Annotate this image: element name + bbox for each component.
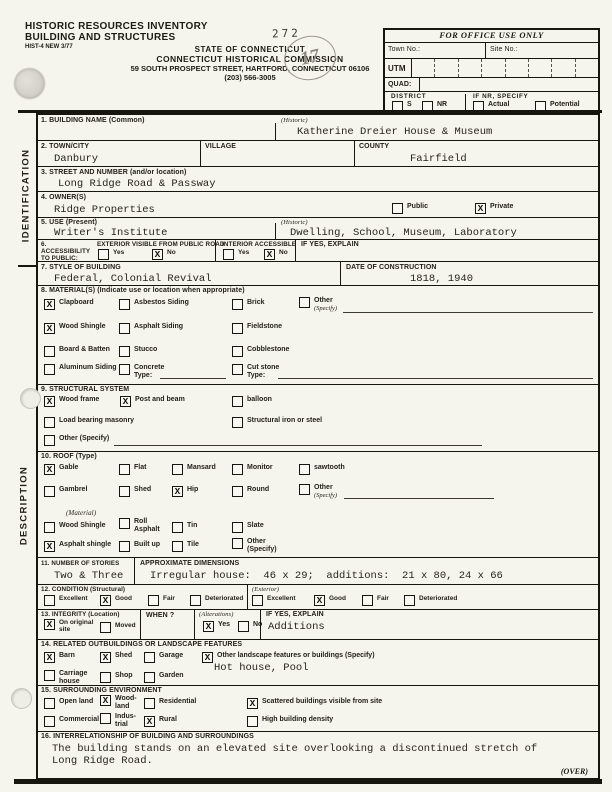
checkbox-rural-box: X [144,716,155,727]
checkbox-garage-box [144,652,155,663]
checkbox-exterior-excellent-box [252,595,263,606]
checkbox-exterior-no-label: No [167,249,176,256]
checkbox-wood-frame: XWood frame [44,396,99,407]
section-10-label: 10. ROOF (Type) [41,453,97,460]
checkbox-exterior-excellent: Excellent [252,595,296,606]
checkbox-garden: Garden [144,672,184,683]
checkbox-shed-roof-label: Shed [134,486,151,494]
fill-line [114,445,482,446]
divider [247,585,248,610]
section-9-label: 9. STRUCTURAL SYSTEM [41,386,129,393]
alterations-label: (Alterations) [199,611,234,618]
checkbox-barn-box: X [44,652,55,663]
checkbox-scattered-buildings-box: X [247,698,258,709]
punch-hole [20,388,41,409]
section-7-style: 7. STYLE OF BUILDING Federal, Colonial R… [38,262,598,286]
checkbox-sawtooth-box [299,464,310,475]
checkbox-structural-excellent-box [44,595,55,606]
checkbox-on-original-site-label: On original site [59,619,101,633]
checkbox-structural-other: Other (Specify) [44,435,109,446]
site-no-label: Site No.: [490,46,518,53]
checkbox-scattered-buildings: XScattered buildings visible from site [247,698,382,709]
checkbox-roll-asphalt-label: Roll Asphalt [134,518,168,533]
street-value: Long Ridge Road & Passway [58,178,216,190]
checkbox-shed-roof-box [119,486,130,497]
approximate-dimensions-label: APPROXIMATE DIMENSIONS [140,560,239,567]
if-nr-specify-label: IF NR, SPECIFY [473,93,528,100]
checkbox-built-up-label: Built up [134,541,160,549]
town-no-label: Town No.: [388,46,420,53]
checkbox-round-box [232,486,243,497]
checkbox-industrial: Indus-trial [100,713,143,728]
checkbox-shed-label: Shed [115,652,132,660]
checkbox-structural-excellent-label: Excellent [59,595,88,602]
checkbox-on-original-site: XOn original site [44,619,101,633]
checkbox-commercial: Commercial [44,716,99,727]
owner-value: Ridge Properties [54,204,155,216]
checkbox-exterior-excellent-label: Excellent [267,595,296,602]
checkbox-cut-stone-label: Cut stone [247,364,279,371]
checkbox-commercial-box [44,716,55,727]
checkbox-exterior-fair: Fair [362,595,389,606]
roof-other-specify-label: (Specify) [314,492,337,499]
checkbox-built-up: Built up [119,541,160,552]
checkbox-exterior-fair-label: Fair [377,595,389,602]
office-town-site-row: Town No.: Site No.: [385,43,598,59]
divider [215,240,216,262]
checkbox-public: Public [392,203,428,214]
date-of-construction-value: 1818, 1940 [410,273,473,285]
utm-cell [458,59,481,77]
checkbox-structural-iron-steel: Structural iron or steel [232,417,322,428]
quad-label: QUAD: [388,81,411,88]
divider [340,262,341,286]
divider [134,558,135,585]
checkbox-clapboard-label: Clapboard [59,299,94,307]
checkbox-woodland-box: X [100,695,111,706]
checkbox-alterations-yes: XYes [203,621,230,632]
checkbox-roof-wood-shingle-label: Wood Shingle [59,522,106,530]
roof-other-label: Other [314,484,333,491]
checkbox-barn-label: Barn [59,652,75,660]
checkbox-private: XPrivate [475,203,513,214]
checkbox-other-landscape-features-label: Other landscape features or buildings (S… [217,652,375,660]
checkbox-roof-other-box [299,484,310,495]
checkbox-interior-no: XNo [264,249,288,260]
fill-line [344,498,494,499]
checkbox-moved-label: Moved [115,622,136,629]
checkbox-stucco: Stucco [119,346,157,357]
divider [275,123,276,141]
section-3-street: 3. STREET AND NUMBER (and/or location) L… [38,167,598,192]
checkbox-asbestos-siding: Asbestos Siding [119,299,189,310]
approximate-dimensions-value: Irregular house: 46 x 29; additions: 21 … [150,570,503,582]
utm-cell [434,59,457,77]
checkbox-material-other-box [299,297,310,308]
checkbox-structural-good-box: X [100,595,111,606]
checkbox-asphalt-siding: Asphalt Siding [119,323,183,334]
integrity-explain-value: Additions [268,621,325,633]
checkbox-wood-shingle: XWood Shingle [44,323,106,334]
checkbox-residential: Residential [144,698,196,709]
checkbox-potential-label: Potential [550,101,580,109]
checkbox-open-land-label: Open land [59,698,93,706]
section-6-accessibility: 6. ACCESSIBILITY TO PUBLIC: EXTERIOR VIS… [38,240,598,262]
divider [485,43,486,59]
section-7-label: 7. STYLE OF BUILDING [41,264,121,271]
section-6-label: 6. ACCESSIBILITY TO PUBLIC: [41,241,95,263]
checkbox-gambrel-label: Gambrel [59,486,87,494]
checkbox-moved-box [100,622,111,633]
checkbox-stucco-box [119,346,130,357]
utm-cell [481,59,504,77]
if-yes-explain-label: IF YES, EXPLAIN [301,241,359,248]
state-seal-icon [14,68,45,99]
checkbox-shed-box: X [100,652,111,663]
over-label: (OVER) [561,767,588,776]
cut-stone-type-label: Type: [247,372,265,379]
checkbox-on-original-site-box: X [44,619,55,630]
checkbox-brick-box [232,299,243,310]
checkbox-shop: Shop [100,672,133,683]
checkbox-cobblestone: Cobblestone [232,346,289,357]
checkbox-structural-iron-steel-box [232,417,243,428]
checkbox-wood-shingle-label: Wood Shingle [59,323,106,331]
checkbox-exterior-no-box: X [152,249,163,260]
checkbox-exterior-good: XGood [314,595,346,606]
checkbox-asbestos-siding-box [119,299,130,310]
checkbox-residential-label: Residential [159,698,196,706]
checkbox-tin-label: Tin [187,522,197,530]
interrelationship-text: The building stands on an elevated site … [52,743,537,767]
section-3-label: 3. STREET AND NUMBER (and/or location) [41,169,187,176]
condition-exterior-label: (Exterior) [252,586,279,593]
agency-line4: (203) 566-3005 [100,73,400,82]
checkbox-wood-frame-box: X [44,396,55,407]
checkbox-board-batten-box [44,346,55,357]
checkbox-exterior-deteriorated: Deteriorated [404,595,457,606]
checkbox-roof-material-other-label: Other (Specify) [247,538,293,553]
section-15-label: 15. SURROUNDING ENVIRONMENT [41,687,162,694]
checkbox-balloon: balloon [232,396,272,407]
office-box-title: FOR OFFICE USE ONLY [385,30,598,43]
present-use-value: Writer's Institute [54,227,167,239]
checkbox-mansard: Mansard [172,464,216,475]
checkbox-clapboard: XClapboard [44,299,94,310]
for-office-use-only-box: FOR OFFICE USE ONLY Town No.: Site No.: … [383,28,600,113]
checkbox-roof-other: Other(Specify) [299,484,337,499]
checkbox-structural-deteriorated-box [190,595,201,606]
section-12-condition: 12. CONDITION (Structural) Excellent XGo… [38,585,598,610]
checkbox-structural-other-label: Other (Specify) [59,435,109,443]
checkbox-woodland: XWood-land [100,695,143,710]
integrity-explain-label: IF YES, EXPLAIN [266,611,324,618]
checkbox-aluminum-siding-box [44,364,55,375]
checkbox-structural-deteriorated-label: Deteriorated [205,595,243,602]
checkbox-asbestos-siding-label: Asbestos Siding [134,299,189,307]
checkbox-exterior-deteriorated-label: Deteriorated [419,595,457,602]
section-2-town: 2. TOWN/CITY Danbury VILLAGE COUNTY Fair… [38,141,598,167]
utm-cell [575,59,598,77]
checkbox-exterior-no: XNo [152,249,176,260]
section-14-outbuildings: 14. RELATED OUTBUILDINGS OR LANDSCAPE FE… [38,640,598,686]
checkbox-hip-label: Hip [187,486,198,494]
number-of-stories-label: 11. NUMBER OF STORIES [41,560,119,567]
form-title-line1: HISTORIC RESOURCES INVENTORY [25,21,208,32]
village-label: VILLAGE [205,143,236,150]
checkbox-garage: Garage [144,652,183,663]
checkbox-tile-label: Tile [187,541,199,549]
checkbox-exterior-good-box: X [314,595,325,606]
checkbox-built-up-box [119,541,130,552]
checkbox-hip: XHip [172,486,198,497]
checkbox-mansard-box [172,464,183,475]
form-title-line2: BUILDING AND STRUCTURES [25,32,208,43]
material-other-label: Other [314,297,333,304]
checkbox-tile: Tile [172,541,199,552]
historic-name-label: (Historic) [281,117,308,124]
checkbox-gable-label: Gable [59,464,78,472]
checkbox-load-bearing-masonry-box [44,417,55,428]
historic-use-label: (Historic) [281,219,308,226]
number-of-stories-value: Two & Three [54,570,123,582]
divider [275,223,276,240]
checkbox-alterations-yes-label: Yes [218,621,230,629]
checkbox-aluminum-siding: Aluminum Siding [44,364,117,375]
checkbox-cobblestone-box [232,346,243,357]
section-13-label: 13. INTEGRITY (Location) [41,611,120,618]
checkbox-interior-yes-box [223,249,234,260]
section-14-label: 14. RELATED OUTBUILDINGS OR LANDSCAPE FE… [41,641,242,648]
office-quad-row: QUAD: [385,78,598,92]
checkbox-concrete-box [119,364,130,375]
margin-tick [18,265,36,267]
section-8-materials: 8. MATERIAL(S) (Indicate use or location… [38,286,598,385]
checkbox-garage-label: Garage [159,652,183,660]
checkbox-fieldstone: Fieldstone [232,323,282,334]
checkbox-sawtooth-label: sawtooth [314,464,345,472]
county-value: Fairfield [410,153,467,165]
checkbox-industrial-label: Indus-trial [115,713,143,728]
utm-cell [505,59,528,77]
checkbox-tin-box [172,522,183,533]
checkbox-public-box [392,203,403,214]
checkbox-slate-label: Slate [247,522,264,530]
divider [200,141,201,167]
checkbox-open-land-box [44,698,55,709]
checkbox-structural-fair-box [148,595,159,606]
checkbox-gambrel-box [44,486,55,497]
checkbox-actual-label: Actual [488,101,509,109]
divider [295,240,296,262]
checkbox-slate-box [232,522,243,533]
checkbox-carriage-house-label: Carriage house [59,670,95,685]
checkbox-interior-no-box: X [264,249,275,260]
checkbox-roof-wood-shingle-box [44,522,55,533]
historic-use-value: Dwelling, School, Museum, Laboratory [290,227,517,239]
fill-line [160,378,226,379]
county-label: COUNTY [359,143,389,150]
checkbox-alterations-yes-box: X [203,621,214,632]
checkbox-monitor-label: Monitor [247,464,273,472]
checkbox-wood-shingle-box: X [44,323,55,334]
checkbox-tin: Tin [172,522,197,533]
checkbox-board-batten-label: Board & Batten [59,346,110,354]
checkbox-structural-iron-steel-label: Structural iron or steel [247,417,322,425]
section-13-integrity: 13. INTEGRITY (Location) XOn original si… [38,610,598,640]
checkbox-industrial-box [100,713,111,724]
utm-cell [528,59,551,77]
checkbox-sawtooth: sawtooth [299,464,345,475]
checkbox-asphalt-shingle-label: Asphalt shingle [59,541,111,549]
checkbox-concrete-label: Concrete [134,364,164,371]
checkbox-post-and-beam: XPost and beam [120,396,185,407]
fill-line [343,312,593,313]
checkbox-carriage-house: Carriage house [44,670,95,685]
exterior-visible-label: EXTERIOR VISIBLE FROM PUBLIC ROAD [97,241,225,248]
checkbox-slate: Slate [232,522,264,533]
checkbox-load-bearing-masonry: Load bearing masonry [44,417,134,428]
utm-cell [412,59,434,77]
utm-label: UTM [388,64,406,73]
margin-label-description: DESCRIPTION [19,460,30,552]
punch-hole [11,688,32,709]
checkbox-fieldstone-label: Fieldstone [247,323,282,331]
checkbox-structural-good-label: Good [115,595,132,602]
section-12-label: 12. CONDITION (Structural) [41,586,125,593]
checkbox-roll-asphalt: Roll Asphalt [119,518,168,533]
checkbox-high-building-density: High building density [247,716,333,727]
office-utm-row: UTM [385,59,598,78]
checkbox-structural-fair-label: Fair [163,595,175,602]
checkbox-alterations-no-box [238,621,249,632]
checkbox-moved: Moved [100,622,136,633]
checkbox-material-other: Other(Specify) [299,297,337,312]
checkbox-balloon-label: balloon [247,396,272,404]
checkbox-monitor: Monitor [232,464,273,475]
checkbox-board-batten: Board & Batten [44,346,110,357]
checkbox-flat-label: Flat [134,464,146,472]
checkbox-cut-stone: Cut stoneType: [232,364,279,379]
checkbox-exterior-good-label: Good [329,595,346,602]
section-1-building-name: 1. BUILDING NAME (Common) (Historic) Kat… [38,115,598,141]
checkbox-round-label: Round [247,486,269,494]
checkbox-shop-box [100,672,111,683]
checkbox-rural-label: Rural [159,716,177,724]
other-landscape-features-value: Hot house, Pool [214,662,309,674]
checkbox-cut-stone-box [232,364,243,375]
checkbox-garden-label: Garden [159,672,184,680]
checkbox-exterior-deteriorated-box [404,595,415,606]
checkbox-aluminum-siding-label: Aluminum Siding [59,364,117,372]
section-5-use: 5. USE (Present) Writer's Institute (His… [38,218,598,240]
town-city-label: 2. TOWN/CITY [41,143,89,150]
checkbox-structural-other-box [44,435,55,446]
checkbox-district-nr-label: NR [437,101,447,109]
checkbox-garden-box [144,672,155,683]
checkbox-asphalt-siding-box [119,323,130,334]
checkbox-gambrel: Gambrel [44,486,87,497]
checkbox-other-landscape-features-box: X [202,652,213,663]
checkbox-high-building-density-box [247,716,258,727]
scanned-form-page: HISTORIC RESOURCES INVENTORY BUILDING AN… [0,0,612,792]
agency-line3: 59 SOUTH PROSPECT STREET, HARTFORD, CONN… [100,64,400,73]
checkbox-wood-frame-label: Wood frame [59,396,99,404]
district-label: DISTRICT [391,93,426,100]
divider [419,78,420,92]
checkbox-interior-yes-label: Yes [238,249,249,256]
divider [260,610,261,640]
checkbox-rural: XRural [144,716,177,727]
checkbox-monitor-box [232,464,243,475]
checkbox-asphalt-shingle-box: X [44,541,55,552]
checkbox-flat-box [119,464,130,475]
checkbox-load-bearing-masonry-label: Load bearing masonry [59,417,134,425]
checkbox-private-label: Private [490,203,513,211]
section-11-stories-dimensions: 11. NUMBER OF STORIES Two & Three APPROX… [38,558,598,585]
checkbox-high-building-density-label: High building density [262,716,333,724]
section-4-label: 4. OWNER(S) [41,194,86,201]
divider [354,141,355,167]
utm-grid [411,59,598,77]
divider [194,610,195,640]
checkbox-shop-label: Shop [115,672,133,680]
checkbox-exterior-fair-box [362,595,373,606]
checkbox-round: Round [232,486,269,497]
checkbox-shed-roof: Shed [119,486,151,497]
material-other-specify-label: (Specify) [314,305,337,312]
checkbox-open-land: Open land [44,698,93,709]
when-label: WHEN ? [146,612,174,619]
checkbox-roll-asphalt-box [119,518,130,529]
checkbox-asphalt-siding-label: Asphalt Siding [134,323,183,331]
section-10-roof: 10. ROOF (Type) XGable Flat Mansard Moni… [38,452,598,558]
checkbox-structural-fair: Fair [148,595,175,606]
section-8-label: 8. MATERIAL(S) (Indicate use or location… [41,287,245,294]
checkbox-balloon-box [232,396,243,407]
checkbox-roof-material-other: Other (Specify) [232,538,293,553]
agency-block: STATE OF CONNECTICUT CONNECTICUT HISTORI… [100,45,400,82]
checkbox-woodland-label: Wood-land [115,695,143,710]
checkbox-post-and-beam-box: X [120,396,131,407]
checkbox-structural-good: XGood [100,595,132,606]
checkbox-alterations-no: No [238,621,262,632]
checkbox-carriage-house-box [44,670,55,681]
roof-material-label: (Material) [66,509,96,517]
checkbox-fieldstone-box [232,323,243,334]
section-5-label: 5. USE (Present) [41,219,97,226]
checkbox-gable-box: X [44,464,55,475]
concrete-type-label: Type: [134,372,152,379]
fill-line [278,378,593,379]
checkbox-scattered-buildings-label: Scattered buildings visible from site [262,698,382,706]
historic-name-value: Katherine Dreier House & Museum [297,126,492,138]
checkbox-mansard-label: Mansard [187,464,216,472]
checkbox-residential-box [144,698,155,709]
checkbox-flat: Flat [119,464,146,475]
checkbox-commercial-label: Commercial [59,716,99,724]
checkbox-post-and-beam-label: Post and beam [135,396,185,404]
checkbox-shed: XShed [100,652,132,663]
checkbox-structural-deteriorated: Deteriorated [190,595,243,606]
checkbox-brick: Brick [232,299,265,310]
checkbox-interior-no-label: No [279,249,288,256]
checkbox-structural-excellent: Excellent [44,595,88,606]
checkbox-barn: XBarn [44,652,75,663]
checkbox-interior-yes: Yes [223,249,249,260]
checkbox-concrete: ConcreteType: [119,364,164,379]
checkbox-stucco-label: Stucco [134,346,157,354]
